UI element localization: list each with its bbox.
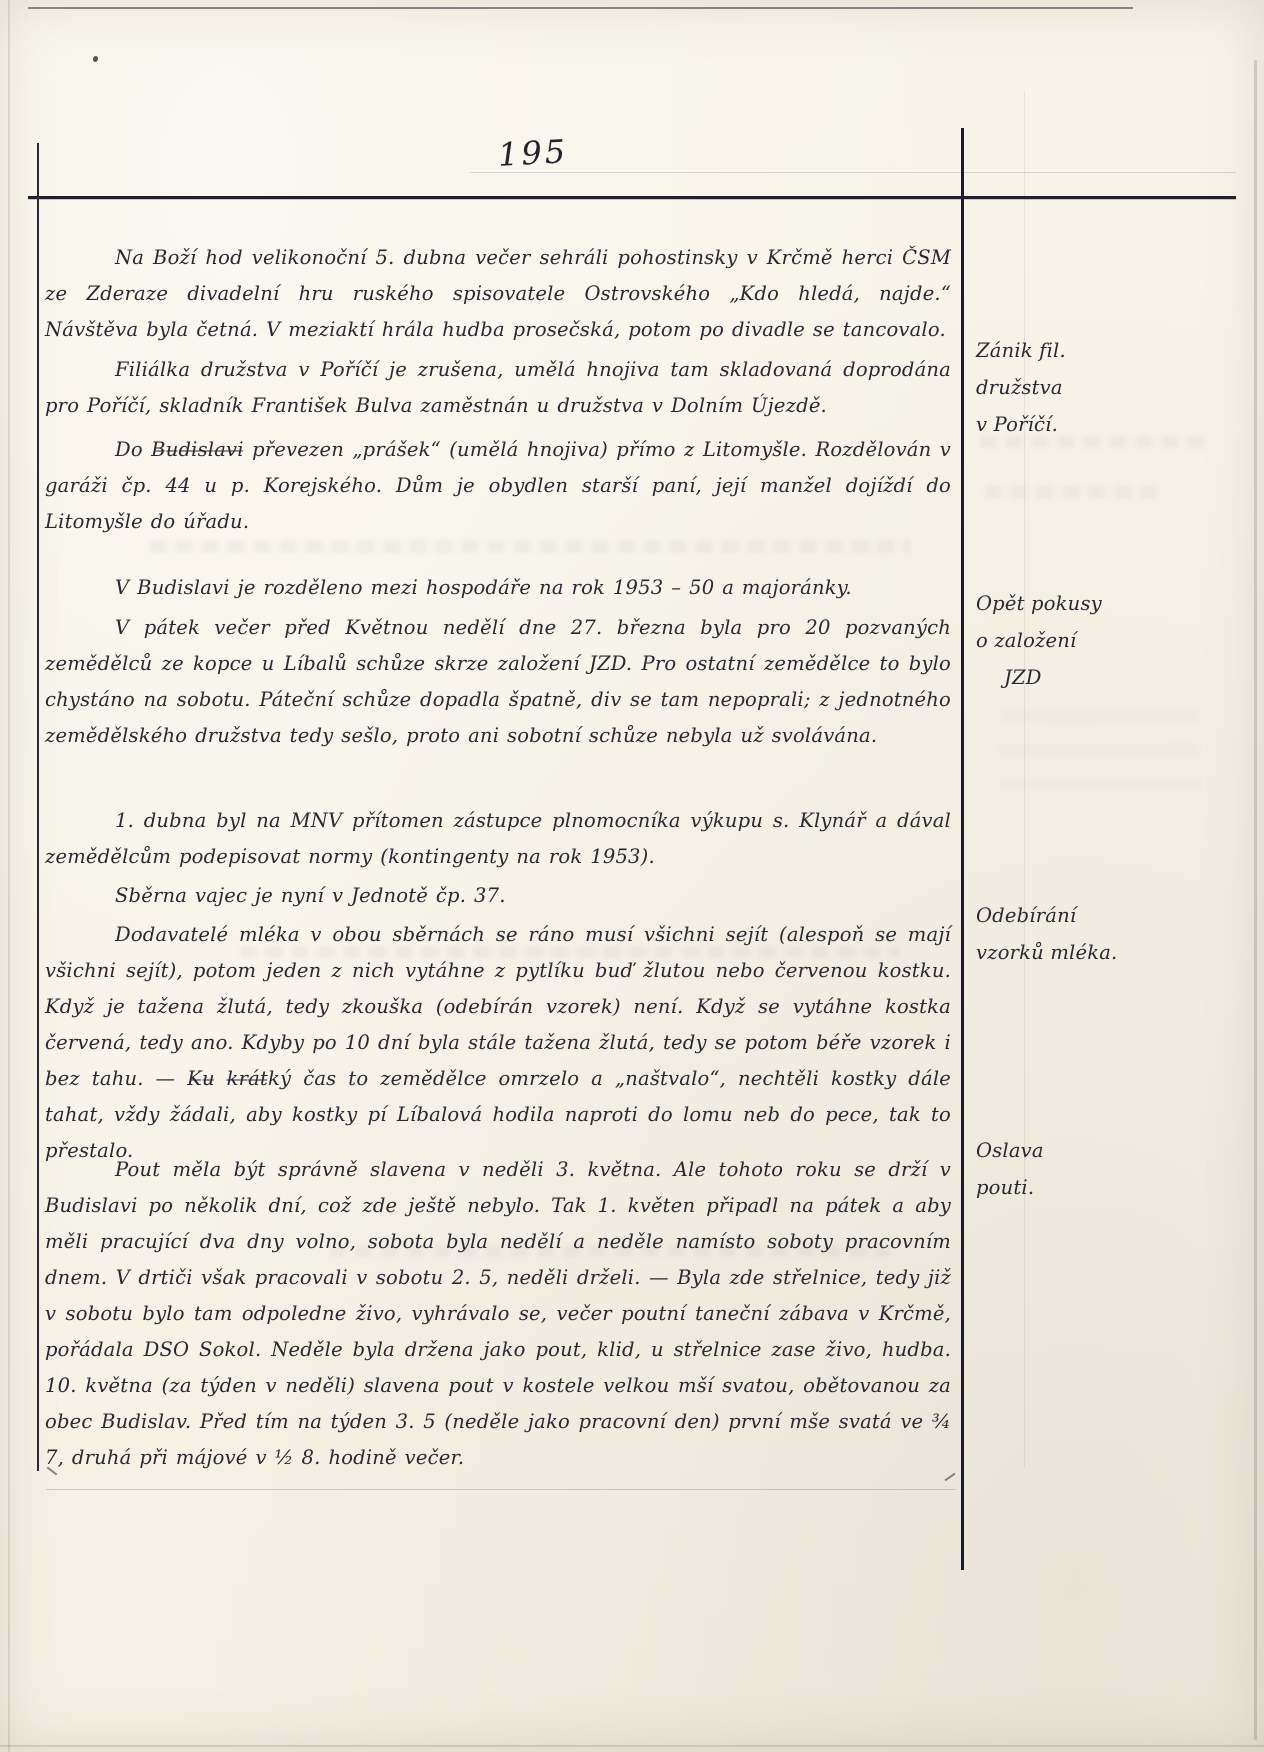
margin-note-line: Odebírání [976, 897, 1166, 934]
right-margin-line [961, 128, 964, 1570]
page-number: 195 [497, 132, 569, 174]
margin-note-line: pouti. [976, 1169, 1166, 1206]
paragraph-quota-signing: 1. dubna byl na MNV přítomen zástupce pl… [45, 803, 951, 875]
top-rule [28, 196, 1236, 199]
faint-ruled-line [470, 172, 1236, 173]
bottom-faint-rule [46, 1489, 956, 1490]
left-margin-line [37, 143, 39, 1471]
margin-note-line: v Poříčí. [976, 406, 1166, 443]
margin-note-line: Oslava [976, 1132, 1166, 1169]
ink-bleed-ghost [985, 486, 1165, 498]
ink-bleed-ghost [150, 540, 910, 553]
page-crease-line [1024, 92, 1025, 1467]
scan-edge-left [8, 0, 10, 1752]
paragraph-pilgrimage-feast: Pout měla být správně slavena v neděli 3… [45, 1152, 951, 1476]
margin-note-line: JZD [976, 659, 1166, 696]
margin-note-line: družstva [976, 369, 1166, 406]
margin-note-jzd-attempt: Opět pokusy o založení JZD [976, 585, 1166, 696]
paragraph-jzd-founding-attempt: V pátek večer před Květnou nedělí dne 27… [45, 610, 951, 754]
scan-edge-bottom [0, 1745, 1264, 1747]
scan-edge-right [1254, 60, 1257, 1740]
ink-bleed-ghost [1000, 700, 1200, 790]
paragraph-fertilizer-distribution: Do B̶u̶d̶i̶s̶l̶a̶v̶i̶ převezen „prášek“ … [45, 432, 951, 540]
margin-note-line: Opět pokusy [976, 585, 1166, 622]
margin-note-milk-samples: Odebírání vzorků mléka. [976, 897, 1166, 971]
paragraph-cooperative-branch-closed: Filiálka družstva v Poříčí je zrušena, u… [45, 352, 951, 424]
paragraph-theatre-easter: Na Boží hod velikonoční 5. dubna večer s… [45, 240, 951, 348]
margin-note-line: o založení [976, 622, 1166, 659]
paragraph-milk-sampling: Dodavatelé mléka v obou sběrnách se ráno… [45, 917, 951, 1169]
margin-note-cooperative-branch: Zánik fil. družstva v Poříčí. [976, 332, 1166, 443]
margin-note-pilgrimage: Oslava pouti. [976, 1132, 1166, 1206]
margin-note-line: Zánik fil. [976, 332, 1166, 369]
scanned-chronicle-page: 195 Na Boží hod velikonoční 5. dubna več… [0, 0, 1264, 1752]
ink-dot [92, 55, 99, 62]
margin-note-line: vzorků mléka. [976, 934, 1166, 971]
paragraph-egg-collection-point: Sběrna vajec je nyní v Jednotě čp. 37. [45, 878, 951, 914]
scan-edge-top [28, 7, 1133, 9]
paragraph-marjoram-allotment: V Budislavi je rozděleno mezi hospodáře … [45, 570, 951, 606]
